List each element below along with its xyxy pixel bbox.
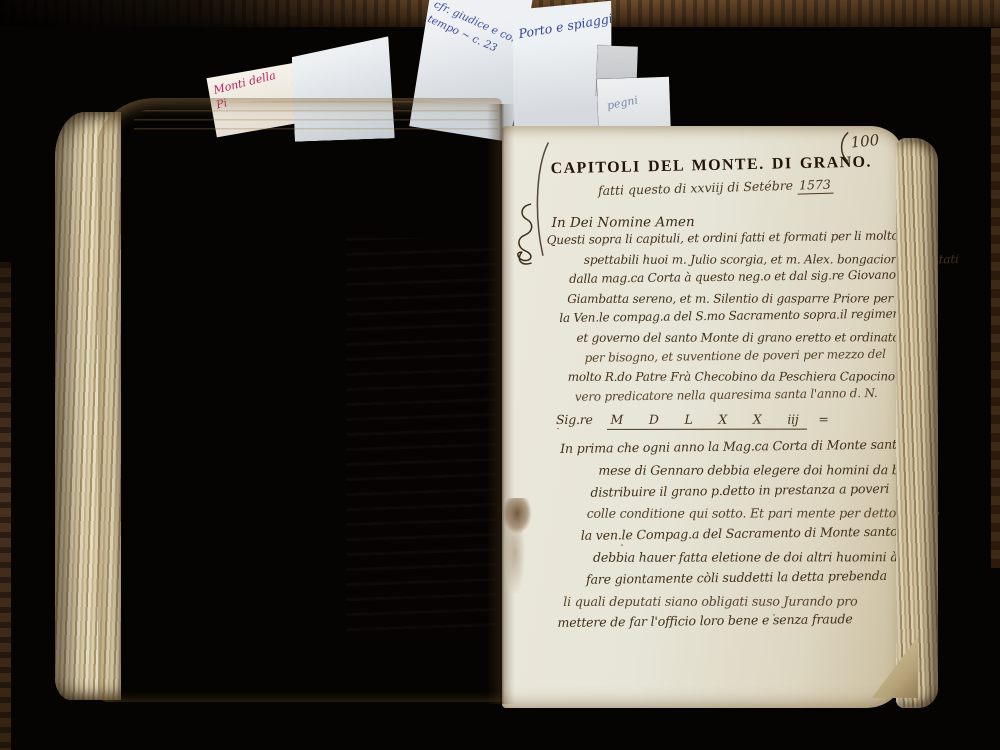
- manuscript-line: fare giontamente còli suddetti la detta …: [586, 567, 899, 593]
- line-end-mark: =: [818, 412, 828, 427]
- manuscript-line: mettere de far l'officio loro bene e sen…: [557, 611, 899, 637]
- book-right-page-edges: [896, 138, 938, 708]
- wood-table-right-edge: [991, 28, 1000, 568]
- paragraph-2: In prima che ogni anno la Mag.ca Corta d…: [542, 439, 899, 638]
- subtitle-year: 1573: [797, 177, 833, 195]
- folio-number-text: 100: [850, 131, 880, 152]
- manuscript-line: distribuire il grano p.detto in prestanz…: [590, 480, 898, 506]
- page-subtitle: fatti questo di xxviij di Setébre 1573: [570, 176, 860, 199]
- manuscript-line: In prima che ogni anno la Mag.ca Corta d…: [560, 437, 898, 463]
- manuscript-line: dalla mag.ca Corta à questo neg.o et dal…: [569, 268, 897, 292]
- manuscript-page-content: 100 CAPITOLI DEL MONTE. DI GRANO. fatti …: [500, 125, 904, 710]
- bookmark-tab-porto-label: Porto e spiaggia: [517, 9, 621, 41]
- bookmark-tab-pegni-label: pegni: [606, 94, 639, 113]
- sig-label: Sig.re: [556, 412, 593, 427]
- paragraph-1: Questi sopra li capituli, et ordini fatt…: [541, 231, 898, 432]
- subtitle-text: fatti questo di xxviij di Setébre: [598, 178, 794, 198]
- manuscript-line: vero predicatore nella quaresima santa l…: [575, 385, 898, 409]
- manuscript-line: la ven.le Compag.a del Sacramento di Mon…: [581, 524, 899, 550]
- manuscript-line: Questi sopra li capituli, et ordini fatt…: [547, 228, 897, 252]
- manuscript-photo: Monti della Pi cfr. giudice e comm. temp…: [0, 0, 1000, 750]
- invocation-text: In Dei Nomine Amen: [552, 214, 695, 231]
- manuscript-line: per bisogno, et suventione de poveri per…: [584, 346, 897, 370]
- date-roman-numeral-line: Sig.re M D L X X iij =: [556, 412, 898, 432]
- wood-table-left-edge: [0, 262, 11, 750]
- manuscript-line: la Ven.le compag.a del S.mo Sacramento s…: [559, 307, 897, 331]
- initial-flourish-icon: [512, 201, 542, 267]
- roman-year: M D L X X iij: [607, 412, 807, 430]
- page-title: CAPITOLI DEL MONTE. DI GRANO.: [546, 153, 876, 178]
- book-left-page-blank: [98, 98, 502, 702]
